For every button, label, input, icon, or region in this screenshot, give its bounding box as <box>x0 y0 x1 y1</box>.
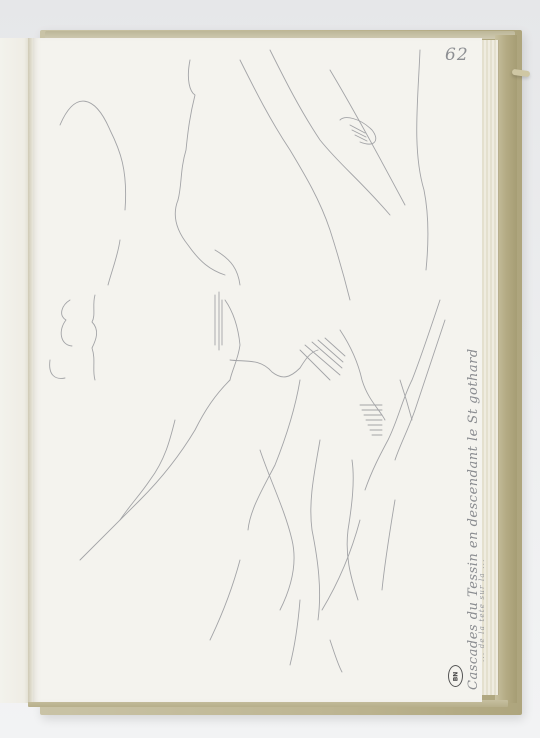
page-gutter <box>28 38 33 702</box>
handwritten-caption-secondary: ... de la tete sur la ... <box>478 558 486 662</box>
library-stamp-icon: BN <box>448 665 463 687</box>
page-number: 62 <box>445 45 469 65</box>
sketch-page <box>32 38 482 702</box>
stamp-text: BN <box>452 671 459 681</box>
previous-page-edge <box>0 38 31 703</box>
